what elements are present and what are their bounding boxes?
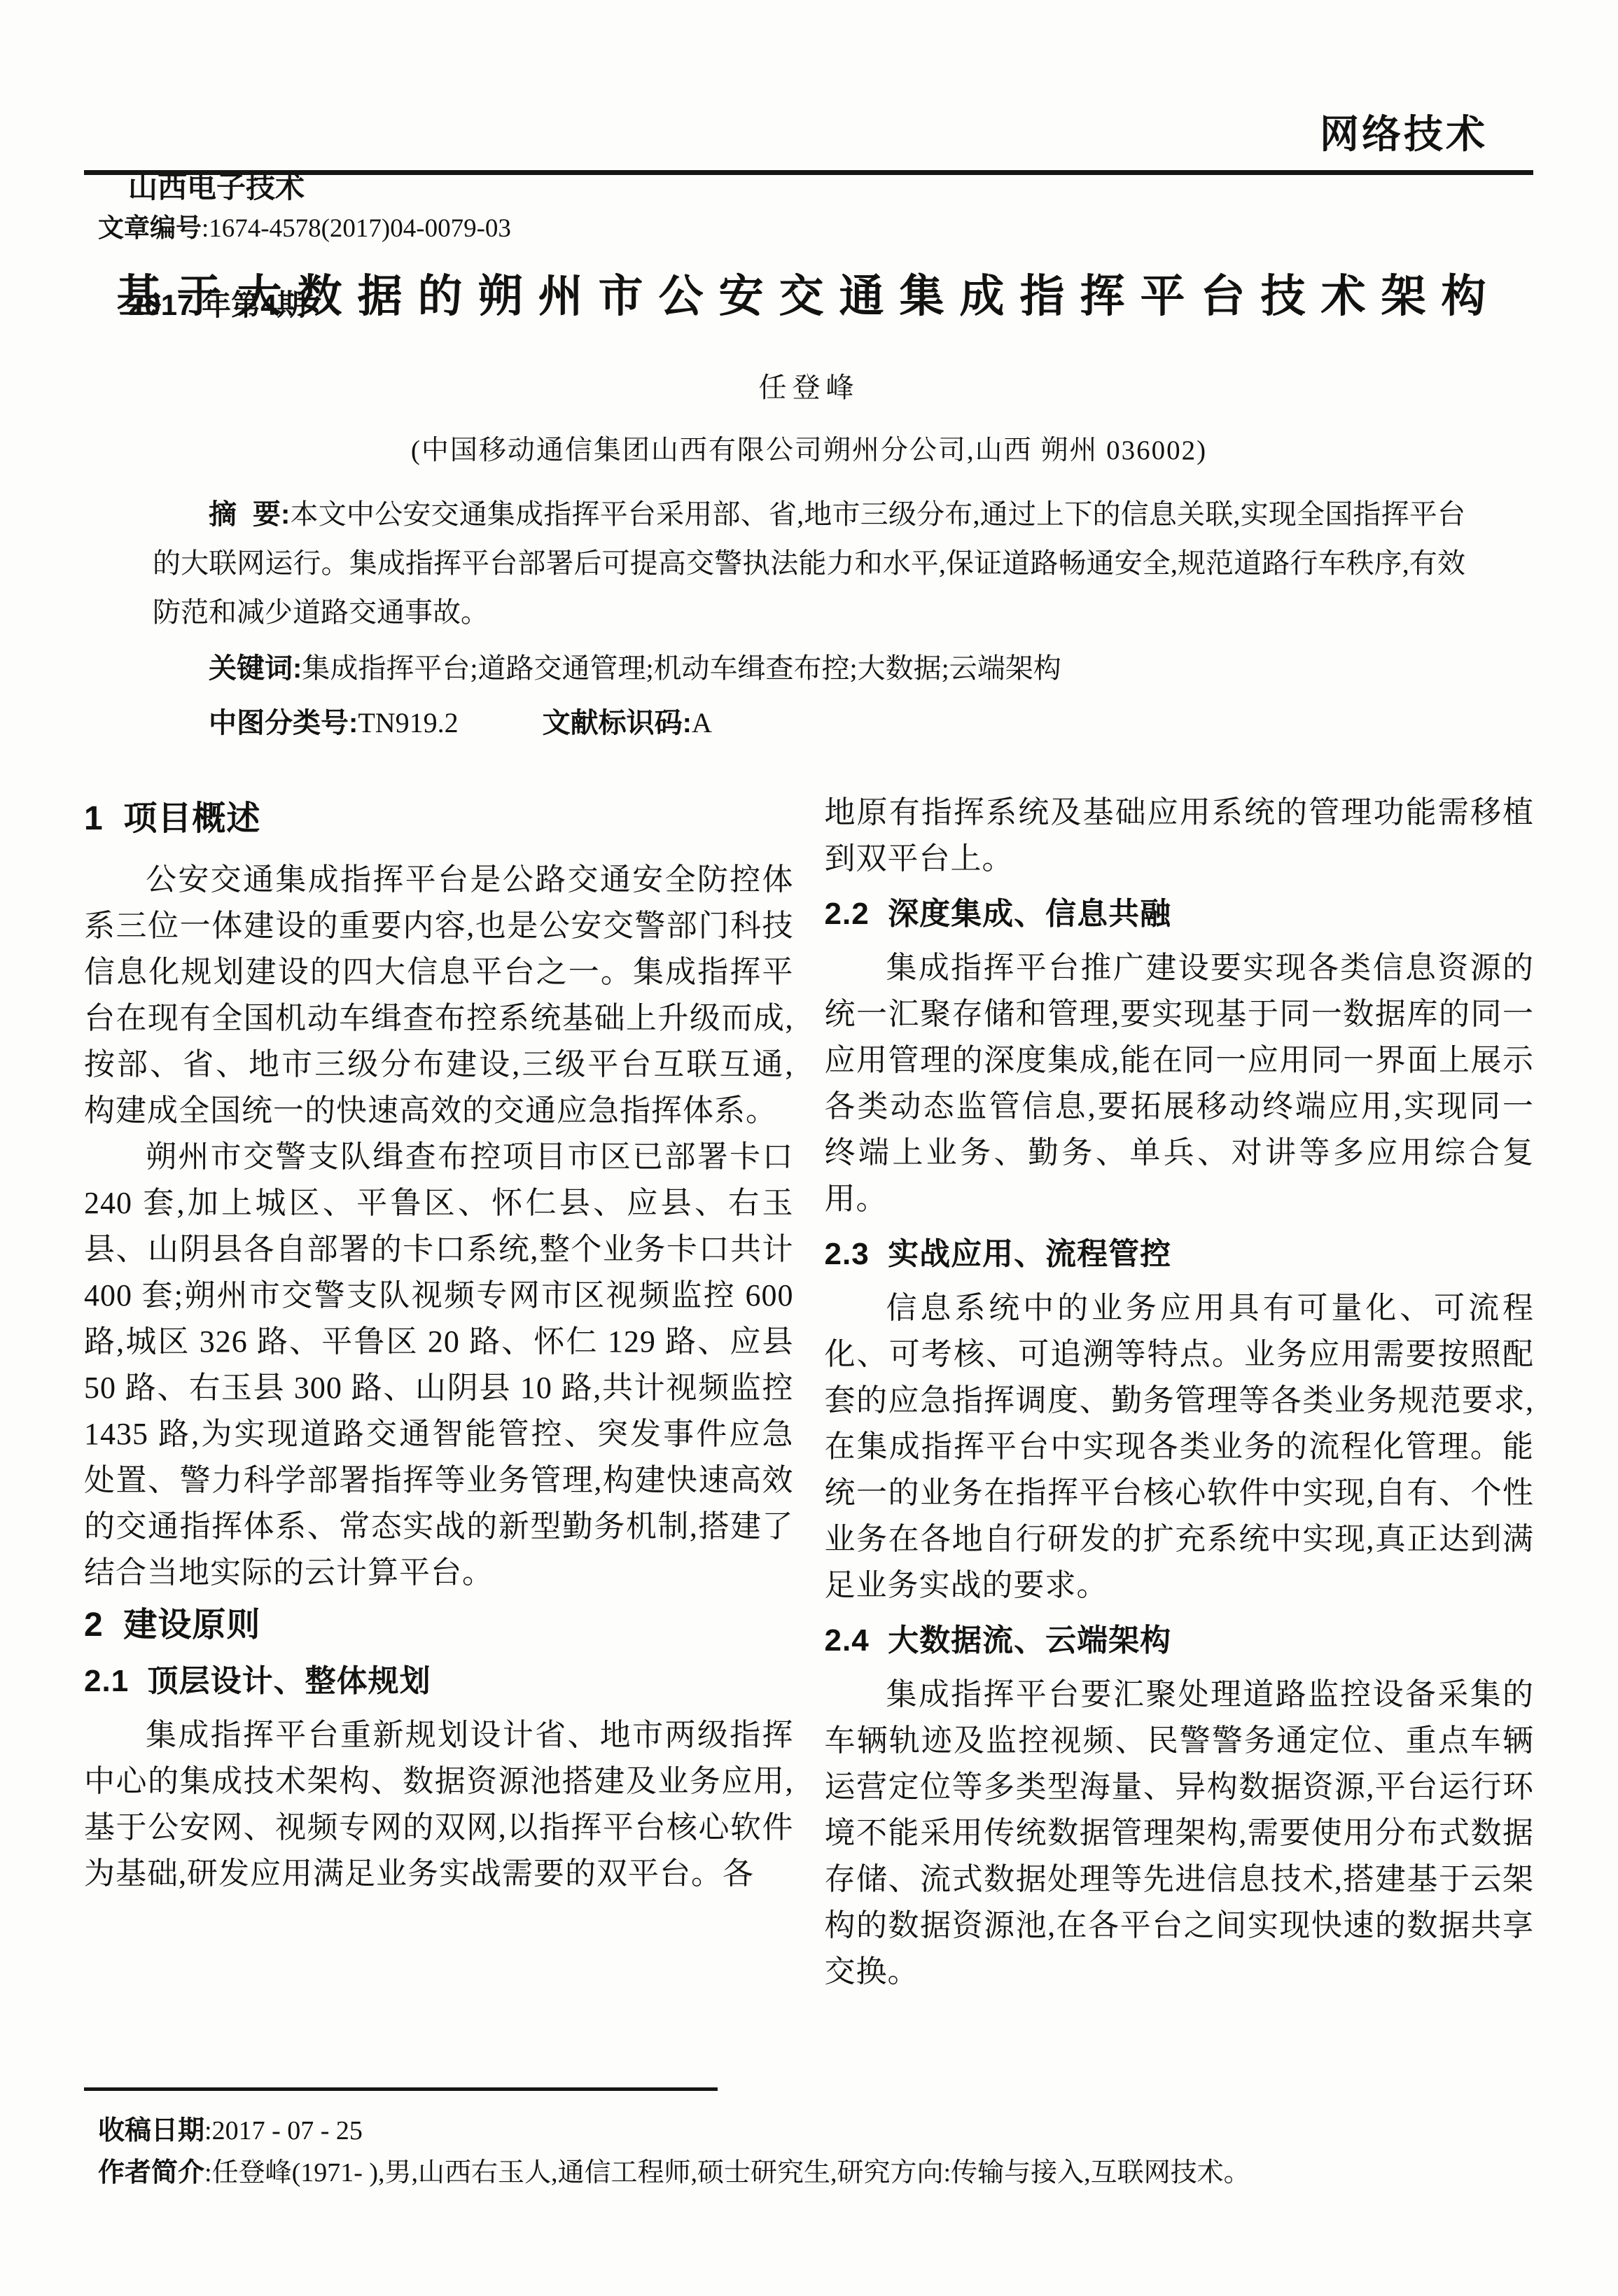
clc-value: TN919.2 <box>358 707 458 738</box>
section-heading-2-4: 2.4 大数据流、云端架构 <box>825 1623 1535 1659</box>
body-paragraph-continuation: 地原有指挥系统及基础应用系统的管理功能需移植到双平台上。 <box>825 790 1535 882</box>
body-paragraph: 集成指挥平台要汇聚处理道路监控设备采集的车辆轨迹及监控视频、民警警务通定位、重点… <box>825 1672 1535 1995</box>
body-columns: 1 项目概述 公安交通集成指挥平台是公路交通安全防控体系三位一体建设的重要内容,… <box>84 790 1534 1995</box>
abstract-text: 本文中公安交通集成指挥平台采用部、省,地市三级分布,通过上下的信息关联,实现全国… <box>153 498 1465 628</box>
page-title: 基于大数据的朔州市公安交通集成指挥平台技术架构 <box>0 260 1618 325</box>
section-heading-1: 1 项目概述 <box>84 799 794 839</box>
body-paragraph: 朔州市交警支队缉查布控项目市区已部署卡口 240 套,加上城区、平鲁区、怀仁县、… <box>84 1134 794 1596</box>
body-paragraph: 公安交通集成指挥平台是公路交通安全防控体系三位一体建设的重要内容,也是公安交警部… <box>84 857 794 1134</box>
clc-label: 中图分类号: <box>209 708 358 738</box>
author-bio-label: 作者简介 <box>98 2158 204 2187</box>
article-number-label: 文章编号 <box>98 213 202 242</box>
section-heading-2-2: 2.2 深度集成、信息共融 <box>825 896 1535 932</box>
header-divider <box>84 170 1533 175</box>
author-bio-value: :任登峰(1971- ),男,山西右玉人,通信工程师,硕士研究生,研究方向:传输… <box>204 2158 1250 2187</box>
abstract-block: 摘 要:本文中公安交通集成指挥平台采用部、省,地市三级分布,通过上下的信息关联,… <box>153 490 1465 748</box>
keywords-text: 集成指挥平台;道路交通管理;机动车缉查布控;大数据;云端架构 <box>302 652 1061 684</box>
paper-page: 山西电子技术 2017 年第4期 网络技术 文章编号:1674-4578(201… <box>0 0 1618 2296</box>
abstract-label: 摘 要: <box>209 499 290 530</box>
section-heading-2: 2 建设原则 <box>84 1606 794 1645</box>
doc-code-value: A <box>692 707 712 738</box>
journal-column-tag: 网络技术 <box>1320 104 1488 160</box>
article-number-line: 文章编号:1674-4578(2017)04-0079-03 <box>98 206 511 244</box>
body-column-left: 1 项目概述 公安交通集成指挥平台是公路交通安全防控体系三位一体建设的重要内容,… <box>84 790 794 1995</box>
received-date-label: 收稿日期 <box>98 2116 204 2145</box>
abstract-paragraph: 摘 要:本文中公安交通集成指挥平台采用部、省,地市三级分布,通过上下的信息关联,… <box>153 490 1465 637</box>
body-paragraph: 集成指挥平台重新规划设计省、地市两级指挥中心的集成技术架构、数据资源池搭建及业务… <box>84 1712 794 1897</box>
body-paragraph: 信息系统中的业务应用具有可量化、可流程化、可考核、可追溯等特点。业务应用需要按照… <box>825 1285 1535 1609</box>
footnote-divider <box>84 2087 718 2091</box>
received-date-value: :2017 - 07 - 25 <box>204 2116 363 2145</box>
clc-line: 中图分类号:TN919.2文献标识码:A <box>153 699 1465 748</box>
section-heading-2-1: 2.1 顶层设计、整体规划 <box>84 1663 794 1700</box>
body-paragraph: 集成指挥平台推广建设要实现各类信息资源的统一汇聚存储和管理,要实现基于同一数据库… <box>825 945 1535 1222</box>
author-bio-line: 作者简介:任登峰(1971- ),男,山西右玉人,通信工程师,硕士研究生,研究方… <box>98 2150 1540 2189</box>
author-name: 任登峰 <box>0 365 1618 405</box>
keywords-line: 关键词:集成指挥平台;道路交通管理;机动车缉查布控;大数据;云端架构 <box>153 644 1465 693</box>
journal-masthead: 山西电子技术 2017 年第4期 <box>128 90 306 403</box>
article-number-value: :1674-4578(2017)04-0079-03 <box>202 214 511 243</box>
section-heading-2-3: 2.3 实战应用、流程管控 <box>825 1236 1535 1273</box>
body-column-right: 地原有指挥系统及基础应用系统的管理功能需移植到双平台上。 2.2 深度集成、信息… <box>825 790 1535 1995</box>
doc-code-label: 文献标识码: <box>543 708 692 738</box>
author-affiliation: (中国移动通信集团山西有限公司朔州分公司,山西 朔州 036002) <box>0 428 1618 468</box>
keywords-label: 关键词: <box>209 653 302 684</box>
received-date-line: 收稿日期:2017 - 07 - 25 <box>98 2108 363 2147</box>
